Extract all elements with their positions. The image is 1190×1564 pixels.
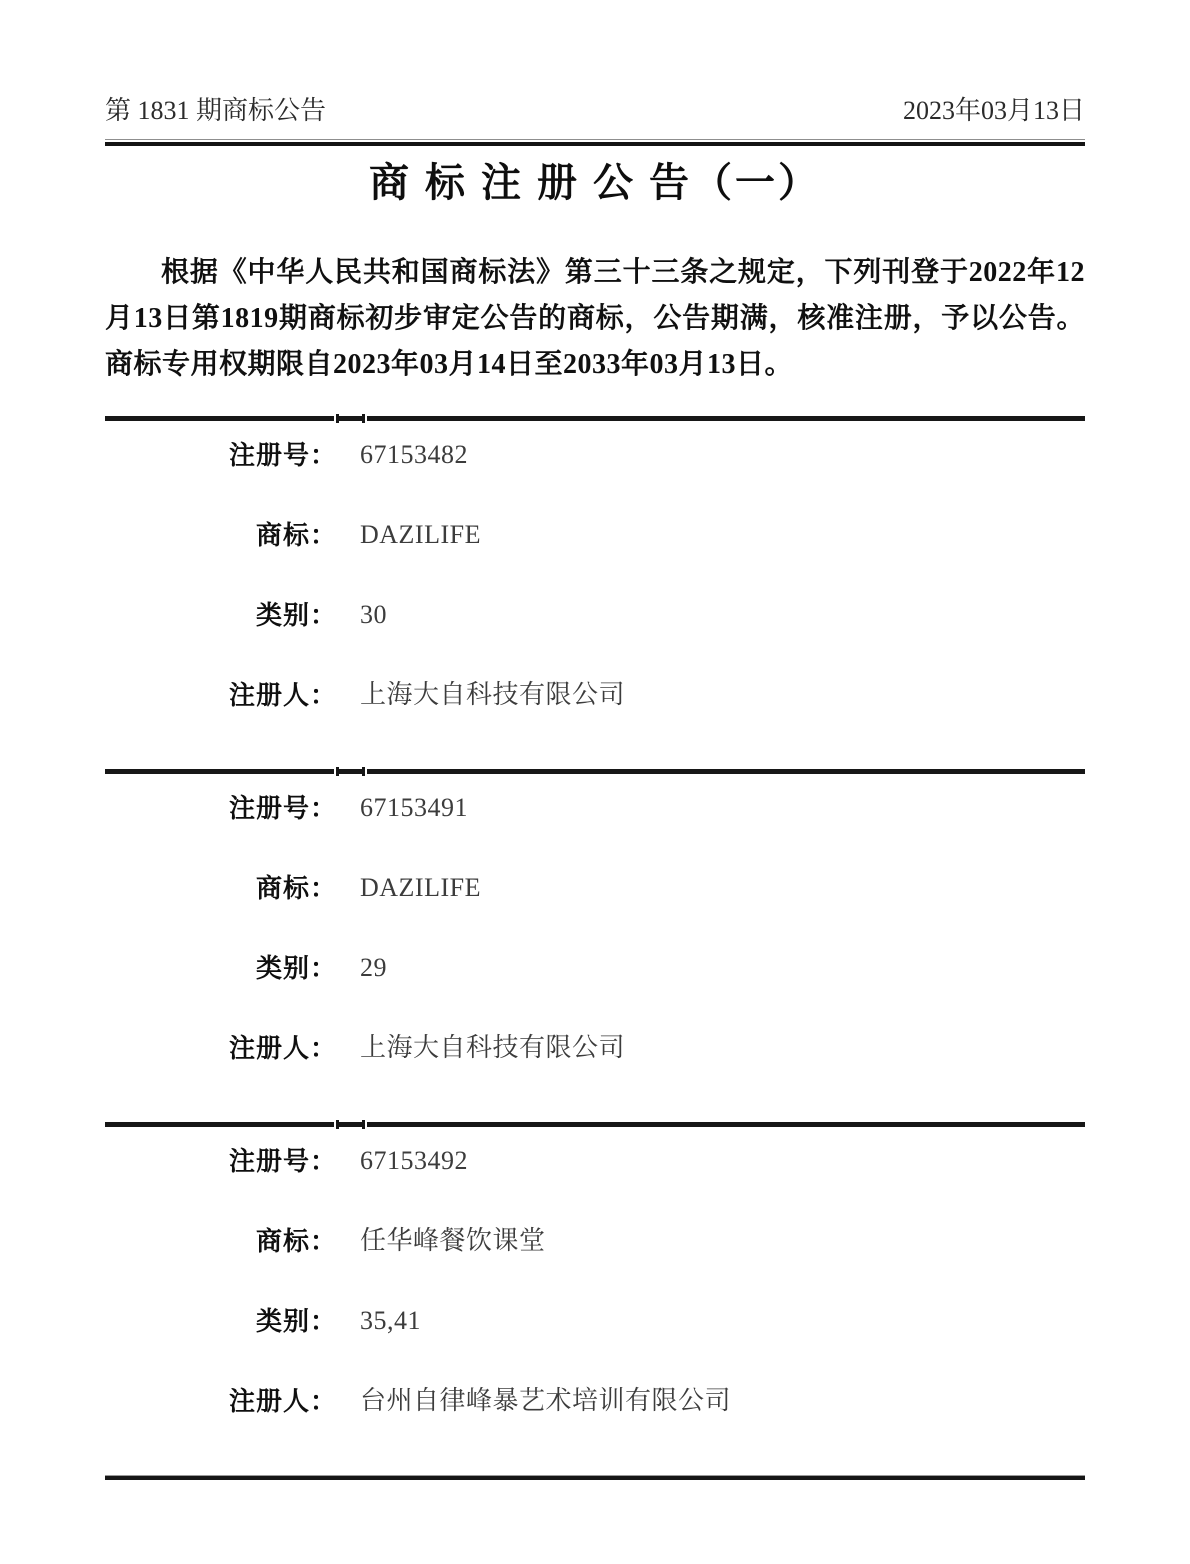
registrant-label: 注册人： xyxy=(105,1030,337,1066)
record-row-category: 类别： 30 xyxy=(105,597,1085,633)
intro-paragraph: 根据《中华人民共和国商标法》第三十三条之规定，下列刊登于2022年12月13日第… xyxy=(105,250,1085,388)
registrant-value: 台州自律峰暴艺术培训有限公司 xyxy=(360,1383,731,1419)
record-row-trademark: 商标： 任华峰餐饮课堂 xyxy=(105,1223,1085,1259)
issue-label: 第 1831 期商标公告 xyxy=(105,90,326,127)
record-row-registrant: 注册人： 上海大自科技有限公司 xyxy=(105,677,1085,713)
trademark-record-2: 注册号： 67153491 商标： DAZILIFE 类别： 29 注册人： 上… xyxy=(105,774,1085,1122)
record-row-registrant: 注册人： 上海大自科技有限公司 xyxy=(105,1030,1085,1066)
category-label: 类别： xyxy=(105,1303,337,1339)
records-list: 注册号： 67153482 商标： DAZILIFE 类别： 30 注册人： 上… xyxy=(105,416,1085,1480)
category-value: 35,41 xyxy=(360,1303,421,1339)
reg-no-value: 67153482 xyxy=(360,437,468,473)
document-page: 第 1831 期商标公告 2023年03月13日 商 标 注 册 公 告（一） … xyxy=(0,0,1190,1564)
record-row-category: 类别： 35,41 xyxy=(105,1303,1085,1339)
record-row-trademark: 商标： DAZILIFE xyxy=(105,517,1085,553)
reg-no-label: 注册号： xyxy=(105,1143,337,1179)
page-header: 第 1831 期商标公告 2023年03月13日 xyxy=(105,90,1085,127)
trademark-label: 商标： xyxy=(105,870,337,906)
record-divider xyxy=(105,1122,1085,1127)
registrant-value: 上海大自科技有限公司 xyxy=(360,677,625,713)
page-title: 商 标 注 册 公 告（一） xyxy=(105,158,1085,208)
record-row-reg-no: 注册号： 67153491 xyxy=(105,790,1085,826)
trademark-record-1: 注册号： 67153482 商标： DAZILIFE 类别： 30 注册人： 上… xyxy=(105,421,1085,769)
reg-no-label: 注册号： xyxy=(105,437,337,473)
reg-no-label: 注册号： xyxy=(105,790,337,826)
trademark-record-3: 注册号： 67153492 商标： 任华峰餐饮课堂 类别： 35,41 注册人：… xyxy=(105,1127,1085,1475)
registrant-label: 注册人： xyxy=(105,1383,337,1419)
record-row-trademark: 商标： DAZILIFE xyxy=(105,870,1085,906)
reg-no-value: 67153491 xyxy=(360,790,468,826)
trademark-value: DAZILIFE xyxy=(360,870,481,906)
category-value: 29 xyxy=(360,950,387,986)
header-date: 2023年03月13日 xyxy=(903,90,1085,127)
reg-no-value: 67153492 xyxy=(360,1143,468,1179)
header-rule xyxy=(105,139,1085,146)
record-row-registrant: 注册人： 台州自律峰暴艺术培训有限公司 xyxy=(105,1383,1085,1419)
category-label: 类别： xyxy=(105,597,337,633)
trademark-value: 任华峰餐饮课堂 xyxy=(360,1223,546,1259)
record-row-reg-no: 注册号： 67153482 xyxy=(105,437,1085,473)
category-value: 30 xyxy=(360,597,387,633)
trademark-label: 商标： xyxy=(105,1223,337,1259)
record-row-reg-no: 注册号： 67153492 xyxy=(105,1143,1085,1179)
bottom-rule xyxy=(105,1475,1085,1480)
registrant-label: 注册人： xyxy=(105,677,337,713)
trademark-value: DAZILIFE xyxy=(360,517,481,553)
record-row-category: 类别： 29 xyxy=(105,950,1085,986)
category-label: 类别： xyxy=(105,950,337,986)
trademark-label: 商标： xyxy=(105,517,337,553)
record-divider xyxy=(105,769,1085,774)
record-divider xyxy=(105,416,1085,421)
registrant-value: 上海大自科技有限公司 xyxy=(360,1030,625,1066)
